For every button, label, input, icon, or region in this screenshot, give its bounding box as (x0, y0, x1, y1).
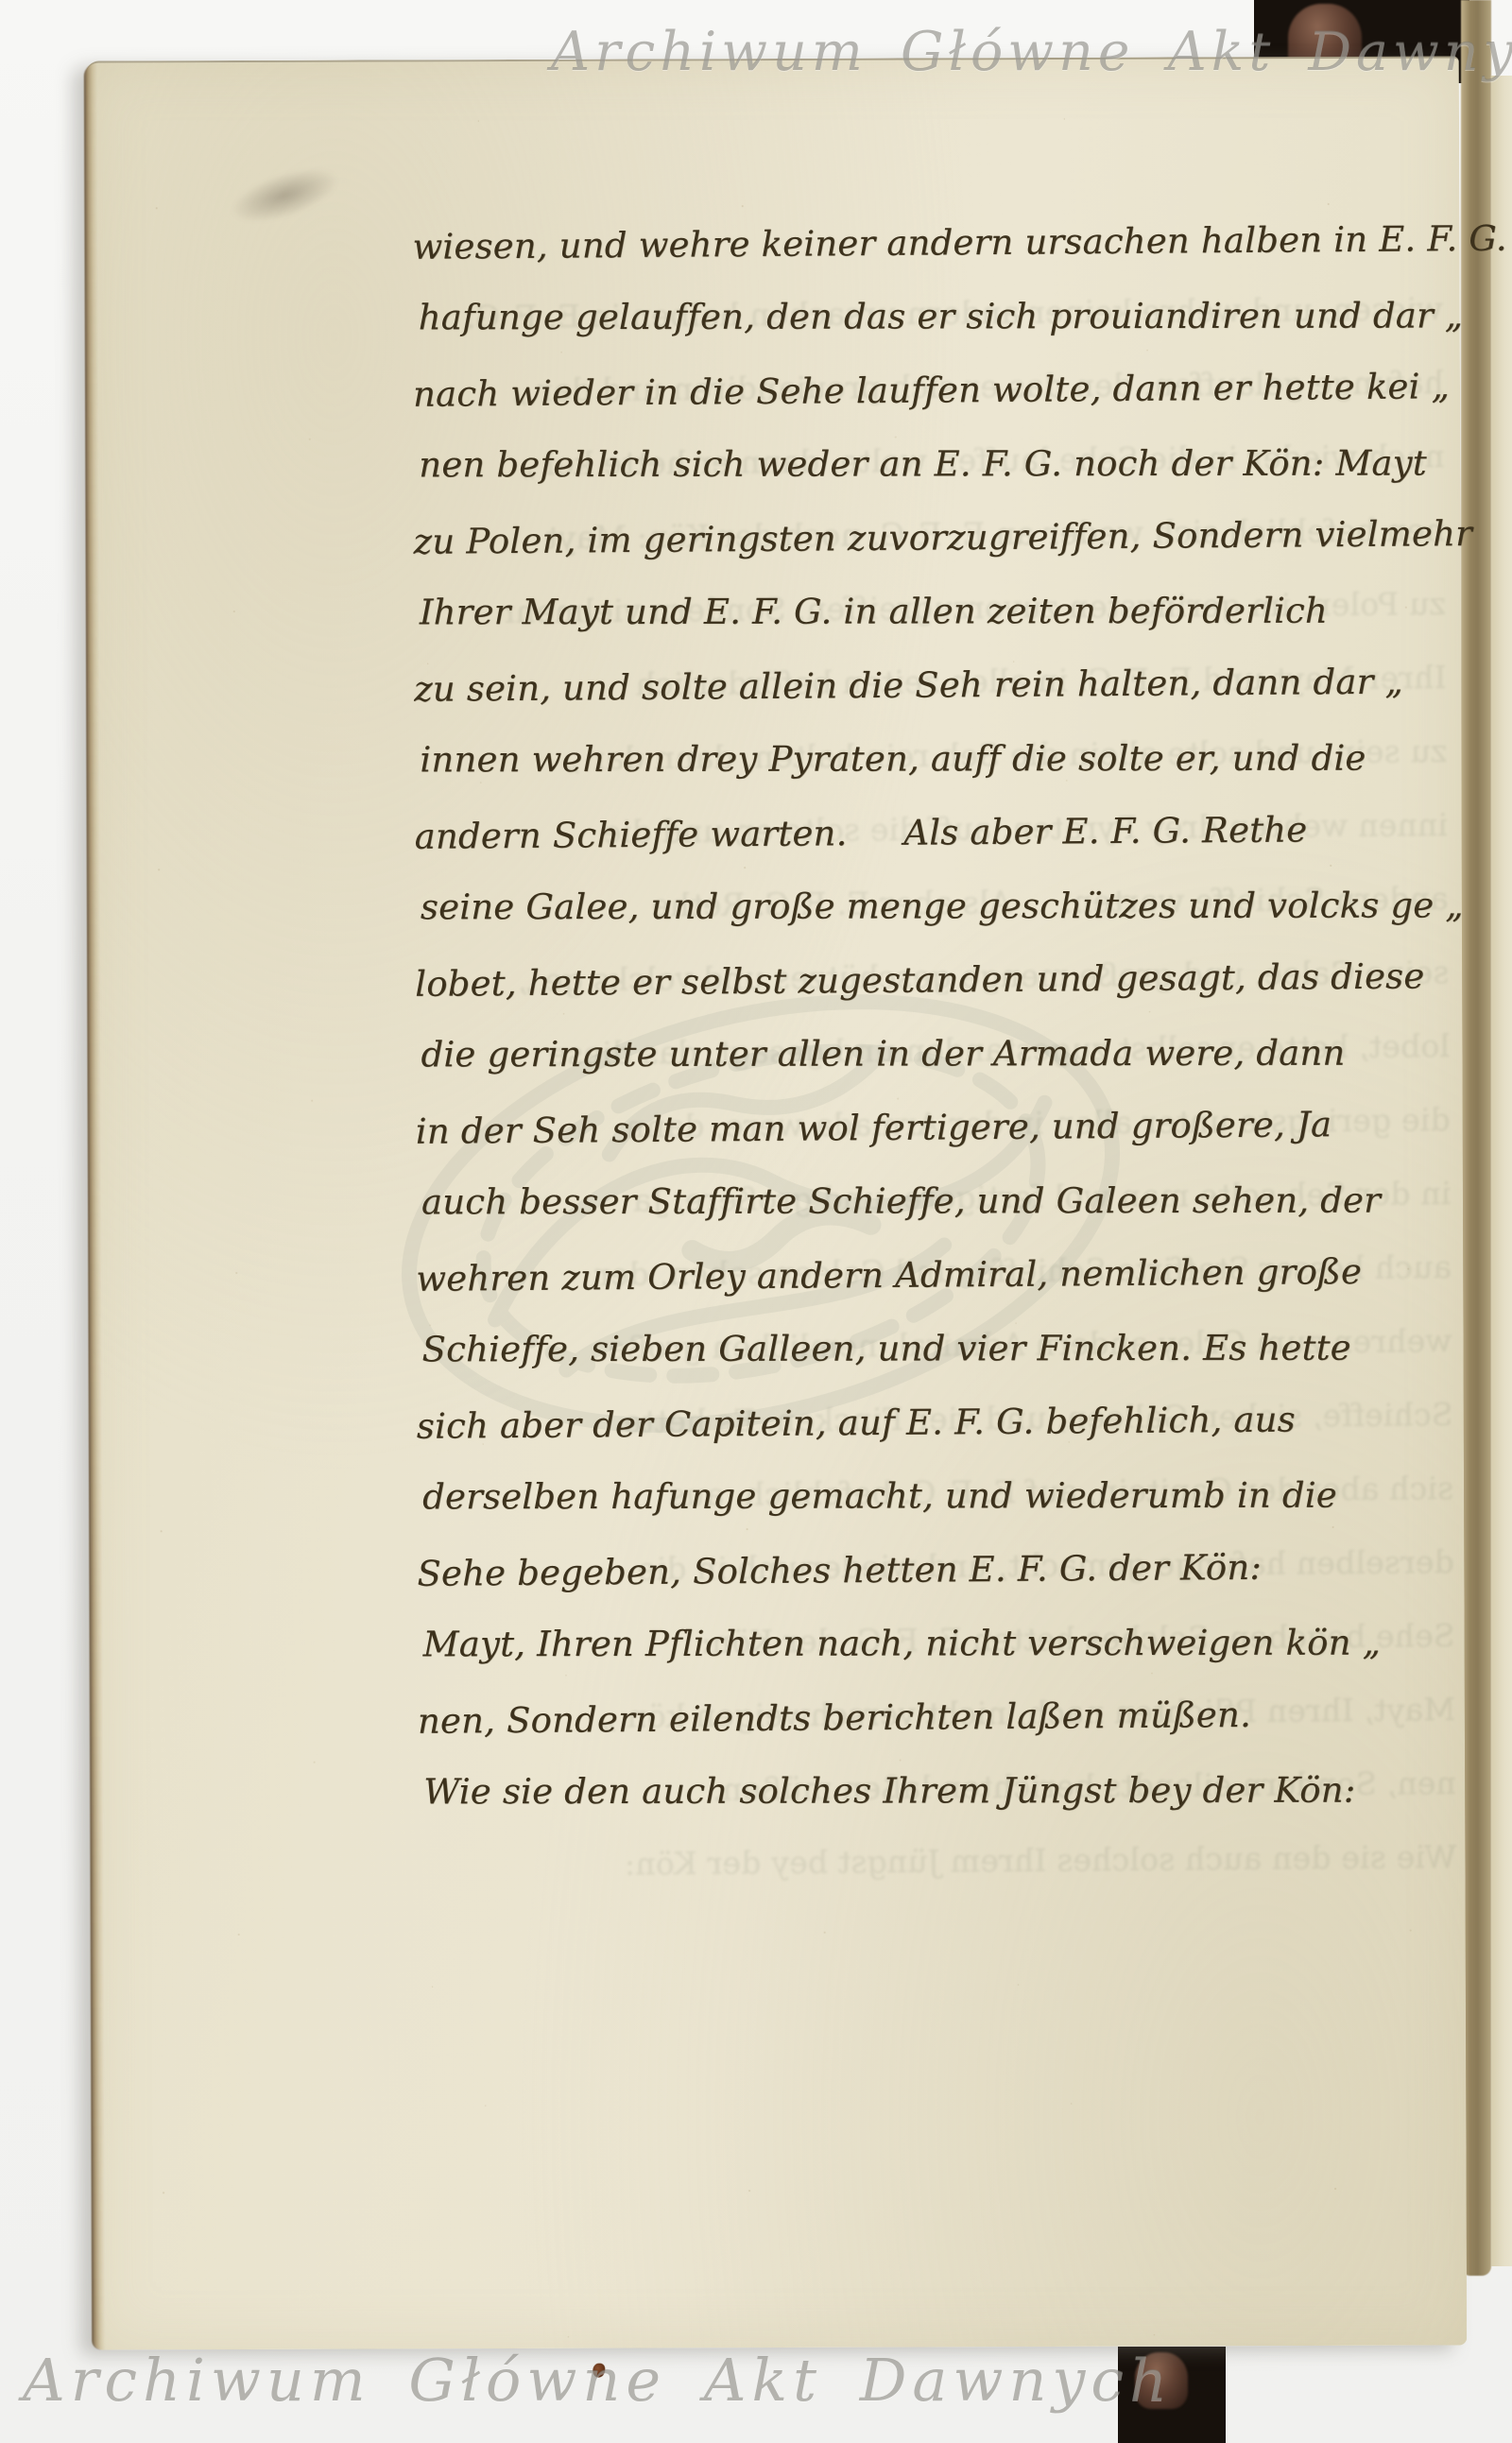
manuscript-line: nen befehlich sich weder an E. F. G. noc… (419, 426, 1486, 502)
manuscript-line: Wie sie den auch solches Ihrem Jüngst be… (133, 1820, 1457, 1905)
manuscript-line: zu Polen, im geringsten zuvorzugreiffen,… (413, 497, 1482, 579)
ink-smudge (224, 157, 345, 233)
manuscript-line: wiesen, und wehre keiner andern ursachen… (412, 202, 1481, 284)
manuscript-line: nach wieder in die Sehe lauffen wolte, d… (413, 350, 1482, 432)
manuscript-line: sich aber der Capitein, auf E. F. G. bef… (417, 1382, 1486, 1464)
binding-fragment-bottom-right (1118, 2347, 1226, 2443)
manuscript-line: Sehe begeben, Solches hetten E. F. G. de… (417, 1529, 1486, 1611)
manuscript-line: zu sein, und solte allein die Seh rein h… (414, 645, 1483, 727)
manuscript-line: wehren zum Orley andern Admiral, nemlich… (416, 1234, 1485, 1316)
binding-strap (1135, 2352, 1188, 2409)
manuscript-line: in der Seh solte man wol fertigere, und … (415, 1087, 1484, 1169)
manuscript-line: lobet, hette er selbst zugestanden und g… (415, 939, 1484, 1022)
manuscript-line: nen, Sondern eilendts berichten laßen mü… (418, 1677, 1486, 1759)
manuscript-line: Schieffe, sieben Galleen, und vier Finck… (421, 1311, 1489, 1386)
manuscript-line: hafunge gelauffen, den das er sich proui… (419, 279, 1486, 354)
manuscript-line: die geringste unter allen in der Armada … (421, 1016, 1488, 1092)
manuscript-line: seine Galee, und große menge geschützes … (421, 869, 1488, 944)
manuscript-line: derselben hafunge gemacht, und wiederumb… (422, 1458, 1490, 1534)
manuscript-line: Ihrer Mayt und E. F. G. in allen zeiten … (420, 574, 1487, 649)
manuscript-page: wiesen, und wehre keiner andern ursachen… (86, 56, 1467, 2349)
manuscript-line: innen wehren drey Pyraten, auff die solt… (420, 721, 1487, 797)
manuscript-line: Mayt, Ihren Pflichten nach, nicht versch… (423, 1606, 1491, 1681)
manuscript-text-block: wiesen, und wehre keiner andern ursachen… (412, 204, 1486, 1830)
next-page-edge (1491, 76, 1512, 2266)
manuscript-line: auch besser Staffirte Schieffe, und Gale… (421, 1163, 1489, 1239)
manuscript-line: Wie sie den auch solches Ihrem Jüngst be… (423, 1753, 1491, 1829)
manuscript-line: andern Schieffe warten. Als aber E. F. G… (414, 792, 1483, 874)
